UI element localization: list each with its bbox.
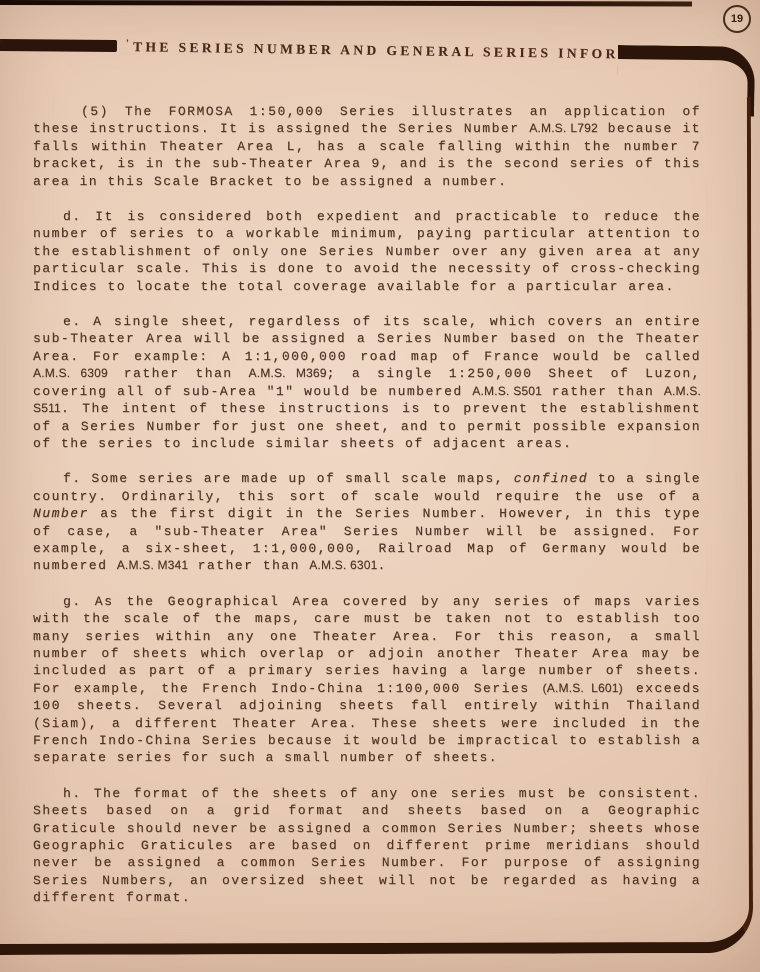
paragraph-g: g. As the Geographical Area covered by a… — [33, 593, 701, 767]
paragraph-5: (5) The FORMOSA 1:50,000 Series illustra… — [33, 103, 701, 190]
title-tick-mark: ' — [126, 38, 132, 49]
series-number-text: A.M.S. 6309 — [33, 366, 108, 380]
body-run: h. The format of the sheets of any one s… — [33, 786, 701, 905]
page-title: 'THE SERIES NUMBER AND GENERAL SERIES IN… — [126, 39, 626, 62]
italic-text: Number — [33, 506, 89, 521]
series-number-text: A.M.S. 6301 — [309, 558, 377, 572]
page-number: 19 — [731, 13, 743, 25]
body-text: (5) The FORMOSA 1:50,000 Series illustra… — [33, 103, 701, 925]
body-run: f. Some series are made up of small scal… — [63, 471, 514, 486]
body-run: rather than — [542, 384, 664, 399]
body-run: e. A single sheet, regardless of its sca… — [33, 314, 701, 364]
series-number-text: (A.M.S. L601) — [543, 681, 623, 695]
paragraph-f: f. Some series are made up of small scal… — [33, 470, 701, 574]
scan-top-edge — [0, 0, 692, 6]
page-title-text: THE SERIES NUMBER AND GENERAL SERIES INF… — [133, 39, 695, 62]
body-run: . — [377, 558, 386, 573]
series-number-text: A.M.S. L792 — [529, 121, 598, 135]
body-run: rather than — [108, 366, 249, 381]
scanned-page: 19 'THE SERIES NUMBER AND GENERAL SERIES… — [0, 0, 760, 972]
header-rule-left — [0, 39, 117, 52]
body-run: d. It is considered both expedient and p… — [33, 209, 701, 294]
paragraph-e: e. A single sheet, regardless of its sca… — [33, 313, 701, 452]
series-number-text: A.M.S. S501 — [472, 384, 542, 398]
body-run: rather than — [188, 558, 309, 573]
paragraph-d: d. It is considered both expedient and p… — [33, 208, 701, 295]
paragraph-h: h. The format of the sheets of any one s… — [33, 785, 701, 907]
body-run: . The intent of these instructions is to… — [33, 401, 701, 451]
page-number-badge: 19 — [723, 5, 751, 33]
series-number-text: A.M.S. M341 — [117, 558, 189, 572]
series-number-text: A.M.S. M369 — [249, 366, 327, 380]
italic-text: confined — [514, 471, 588, 486]
